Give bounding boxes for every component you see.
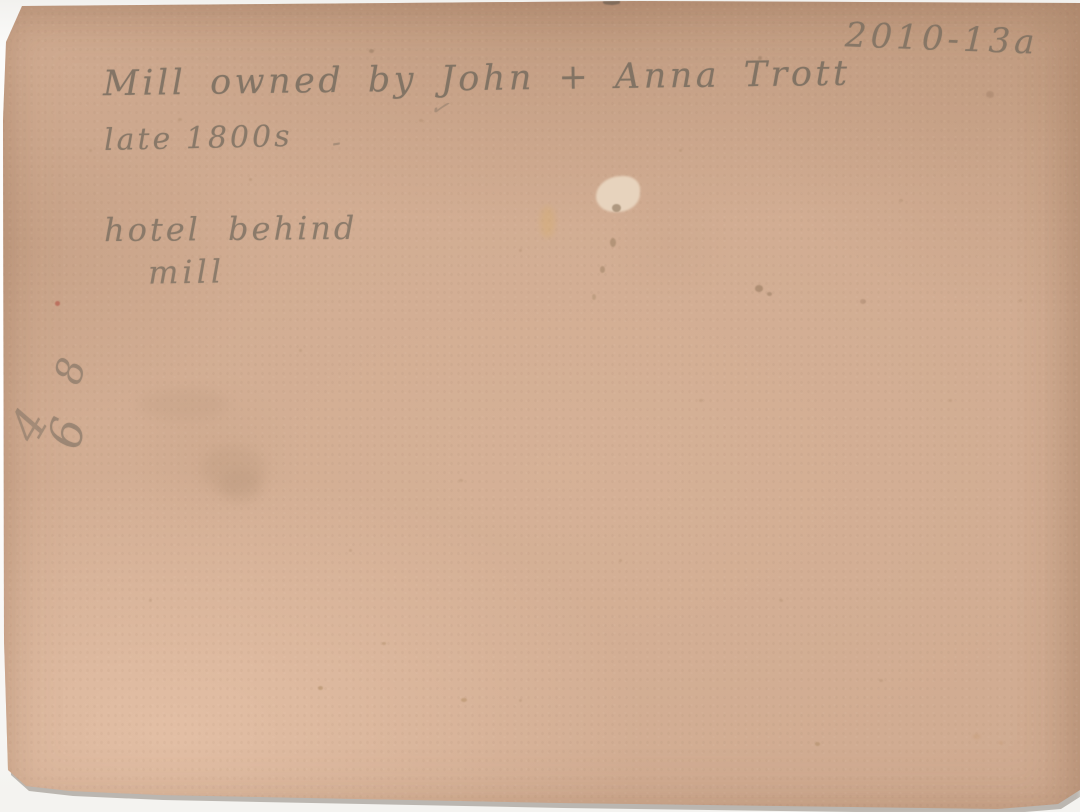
scanned-photo-back: Mill owned by John + Anna Trott late 180… (0, 0, 1080, 812)
paper-stain (149, 599, 152, 602)
paper-stain (318, 686, 323, 690)
handwritten-caption-owner: Mill owned by John + Anna Trott (103, 57, 851, 102)
catalog-number: 2010-13a (844, 18, 1039, 59)
paper-stain (755, 285, 763, 292)
paper-stain (461, 698, 467, 702)
paper-stain (699, 399, 703, 402)
paper-stain (369, 49, 374, 53)
stray-pencil-dash: - (330, 130, 342, 157)
paper-stain (249, 178, 252, 181)
paper-stain (612, 204, 621, 212)
paper-stain (973, 734, 980, 739)
handwritten-note-mill: mill (148, 255, 226, 288)
paper-stain (419, 119, 423, 122)
paper-stain (596, 176, 640, 212)
handwritten-caption-date: late 1800s (104, 122, 293, 156)
paper-stain (679, 149, 682, 152)
paper-stain (899, 199, 903, 202)
paper-stain (220, 470, 262, 502)
paper-stain (815, 742, 820, 746)
paper-stain (600, 266, 605, 273)
paper-stain (202, 446, 266, 494)
paper-stain (55, 301, 60, 306)
paper-stain (592, 294, 596, 300)
margin-mark-3: 4 (1, 401, 55, 449)
paper-stain (519, 699, 522, 702)
paper-stain (382, 642, 386, 645)
paper-stain (610, 238, 616, 247)
paper-stain (779, 599, 783, 602)
paper-stain (619, 559, 622, 562)
photo-card-back: Mill owned by John + Anna Trott late 180… (0, 0, 1080, 812)
paper-stain (879, 679, 883, 682)
paper-stain (519, 249, 522, 252)
paper-stain (459, 479, 463, 482)
paper-stain (603, 0, 620, 5)
paper-stain (138, 388, 228, 420)
margin-mark-1: 8 (48, 354, 92, 389)
paper-stain (1019, 299, 1022, 302)
paper-stain (949, 399, 952, 402)
paper-stain (299, 349, 302, 352)
stray-pencil-check: ✓ (428, 96, 451, 121)
paper-stain (860, 299, 866, 304)
paper-stain (986, 91, 994, 98)
paper-stain (999, 741, 1003, 745)
paper-stain (89, 149, 92, 152)
paper-stain (540, 206, 555, 238)
paper-stain (767, 292, 772, 296)
handwritten-note-hotel: hotel behind (104, 212, 358, 246)
paper-stain (349, 549, 352, 552)
